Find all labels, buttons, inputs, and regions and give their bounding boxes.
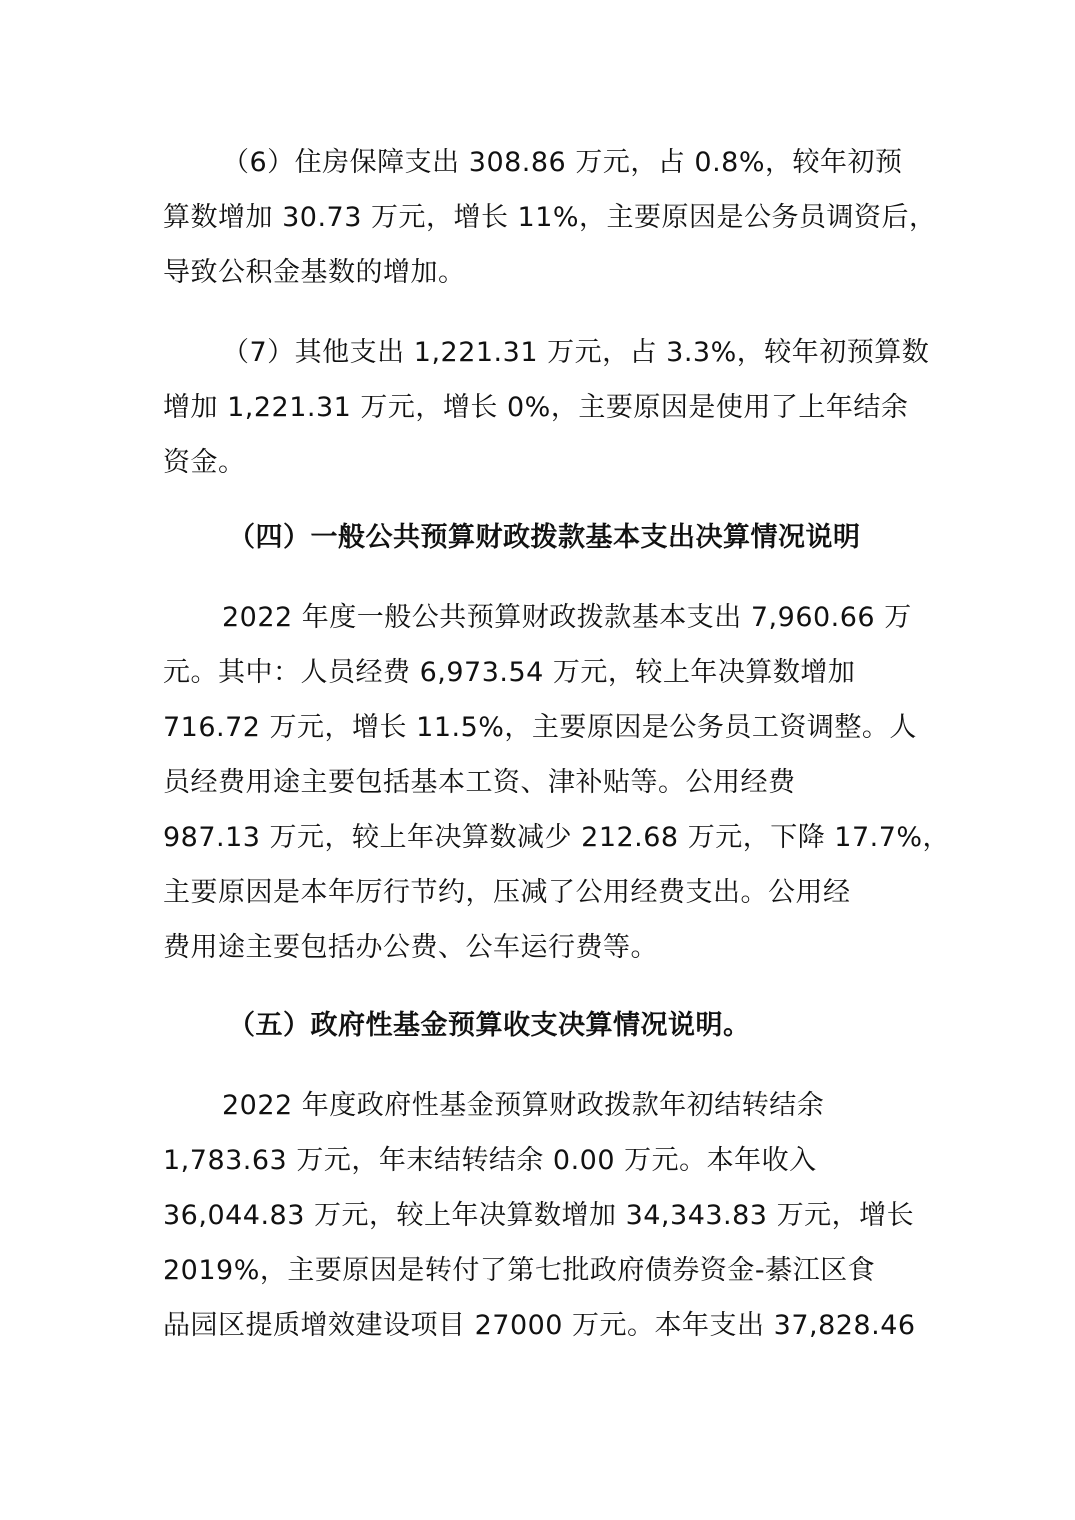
text-line: 增加 1,221.31 万元，增长 0%，主要原因是使用了上年结余 (163, 390, 908, 426)
text-line: （6）住房保障支出 308.86 万元，占 0.8%，较年初预 (222, 145, 903, 181)
text-line: 1,783.63 万元，年末结转结余 0.00 万元。本年收入 (163, 1143, 817, 1179)
text-line: 资金。 (163, 445, 246, 481)
document-page: （6）住房保障支出 308.86 万元，占 0.8%，较年初预 算数增加 30.… (0, 0, 1075, 1520)
text-line: 导致公积金基数的增加。 (163, 255, 466, 291)
text-line: 2022 年度一般公共预算财政拨款基本支出 7,960.66 万 (222, 600, 912, 636)
text-line: （7）其他支出 1,221.31 万元，占 3.3%，较年初预算数 (222, 335, 929, 371)
text-line: 费用途主要包括办公费、公车运行费等。 (163, 930, 658, 966)
text-line: 员经费用途主要包括基本工资、津补贴等。公用经费 (163, 765, 796, 801)
text-line: 36,044.83 万元，较上年决算数增加 34,343.83 万元，增长 (163, 1198, 914, 1234)
text-line: 元。其中：人员经费 6,973.54 万元，较上年决算数增加 (163, 655, 855, 691)
text-line: 主要原因是本年厉行节约，压减了公用经费支出。公用经 (163, 875, 851, 911)
section-heading-basic-expense: （四）一般公共预算财政拨款基本支出决算情况说明 (228, 520, 861, 556)
text-line: 算数增加 30.73 万元，增长 11%，主要原因是公务员调资后， (163, 200, 937, 236)
text-line: 2022 年度政府性基金预算财政拨款年初结转结余 (222, 1088, 824, 1124)
text-line: 2019%，主要原因是转付了第七批政府债券资金-綦江区食 (163, 1253, 875, 1289)
text-line: 987.13 万元，较上年决算数减少 212.68 万元，下降 17.7%， (163, 820, 950, 856)
section-heading-gov-fund: （五）政府性基金预算收支决算情况说明。 (228, 1008, 751, 1044)
text-line: 品园区提质增效建设项目 27000 万元。本年支出 37,828.46 (163, 1308, 916, 1344)
text-line: 716.72 万元，增长 11.5%，主要原因是公务员工资调整。人 (163, 710, 917, 746)
